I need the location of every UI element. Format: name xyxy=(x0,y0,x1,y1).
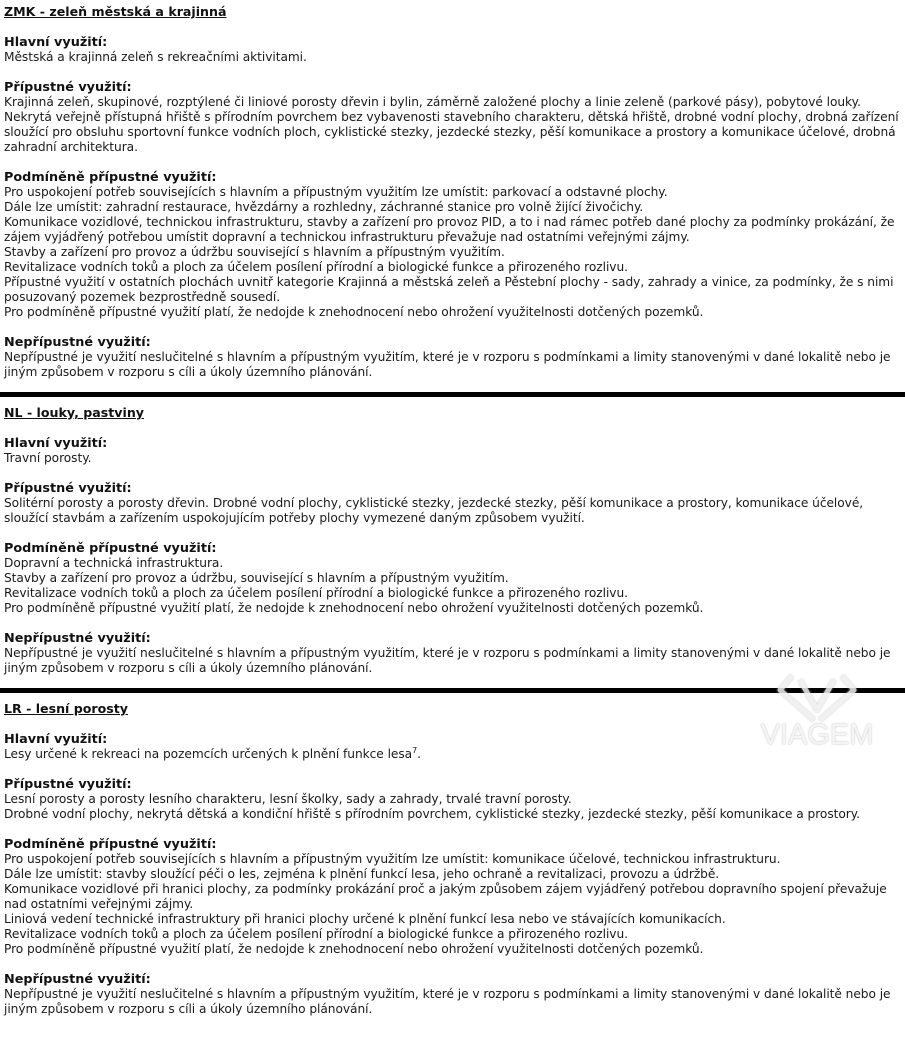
section-heading: Hlavní využití: xyxy=(4,35,904,50)
text-content: Stavby a zařízení pro provoz a údržbu, s… xyxy=(4,571,509,585)
text-content: Nepřípustné je využití neslučitelné s hl… xyxy=(4,350,891,379)
section-text: Komunikace vozidlové, technickou infrast… xyxy=(4,215,904,245)
text-content: . xyxy=(417,747,421,761)
zone-title: ZMK - zeleň městská a krajinná xyxy=(4,4,904,19)
usage-section: Hlavní využití:Lesy určené k rekreaci na… xyxy=(4,732,904,762)
text-content: Revitalizace vodních toků a ploch za úče… xyxy=(4,260,628,274)
text-content: Travní porosty. xyxy=(4,451,91,465)
usage-section: Nepřípustné využití:Nepřípustné je využi… xyxy=(4,972,904,1017)
section-text: Pro podmíněně přípustné využití platí, ž… xyxy=(4,942,904,957)
section-text: Komunikace vozidlové při hranici plochy,… xyxy=(4,882,904,912)
text-content: Solitérní porosty a porosty dřevin. Drob… xyxy=(4,496,863,525)
text-content: Nekrytá veřejně přístupná hřiště s příro… xyxy=(4,110,899,154)
section-heading: Hlavní využití: xyxy=(4,436,904,451)
section-text: Revitalizace vodních toků a ploch za úče… xyxy=(4,586,904,601)
section-text: Pro uspokojení potřeb souvisejících s hl… xyxy=(4,852,904,867)
section-heading: Podmíněně přípustné využití: xyxy=(4,170,904,185)
usage-section: Podmíněně přípustné využití:Pro uspokoje… xyxy=(4,170,904,320)
text-content: Komunikace vozidlové, technickou infrast… xyxy=(4,215,894,244)
section-text: Stavby a zařízení pro provoz a údržbu, s… xyxy=(4,571,904,586)
usage-section: Nepřípustné využití:Nepřípustné je využi… xyxy=(4,631,904,676)
section-heading: Hlavní využití: xyxy=(4,732,904,747)
section-text: Městská a krajinná zeleň s rekreačními a… xyxy=(4,50,904,65)
usage-section: Podmíněně přípustné využití:Dopravní a t… xyxy=(4,541,904,616)
section-heading: Nepřípustné využití: xyxy=(4,972,904,987)
text-content: Revitalizace vodních toků a ploch za úče… xyxy=(4,586,628,600)
section-text: Přípustné využití v ostatních plochách u… xyxy=(4,275,904,305)
section-heading: Podmíněně přípustné využití: xyxy=(4,837,904,852)
section-text: Solitérní porosty a porosty dřevin. Drob… xyxy=(4,496,904,526)
text-content: Městská a krajinná zeleň s rekreačními a… xyxy=(4,50,307,64)
section-text: Revitalizace vodních toků a ploch za úče… xyxy=(4,927,904,942)
text-content: Dále lze umístit: stavby sloužící péči o… xyxy=(4,867,719,881)
section-text: Revitalizace vodních toků a ploch za úče… xyxy=(4,260,904,275)
section-text: Lesní porosty a porosty lesního charakte… xyxy=(4,792,904,807)
section-heading: Přípustné využití: xyxy=(4,80,904,95)
section-text: Liniová vedení technické infrastruktury … xyxy=(4,912,904,927)
usage-section: Hlavní využití:Městská a krajinná zeleň … xyxy=(4,35,904,65)
section-heading: Nepřípustné využití: xyxy=(4,631,904,646)
text-content: Nepřípustné je využití neslučitelné s hl… xyxy=(4,987,891,1016)
zone-block: LR - lesní porostyHlavní využití:Lesy ur… xyxy=(4,701,904,1017)
zone-separator xyxy=(0,392,905,397)
section-heading: Nepřípustné využití: xyxy=(4,335,904,350)
section-text: Pro uspokojení potřeb souvisejících s hl… xyxy=(4,185,904,200)
zone-block: NL - louky, pastvinyHlavní využití:Travn… xyxy=(4,405,904,676)
text-content: Lesní porosty a porosty lesního charakte… xyxy=(4,792,572,806)
text-content: Pro podmíněně přípustné využití platí, ž… xyxy=(4,942,703,956)
zone-block: ZMK - zeleň městská a krajinnáHlavní vyu… xyxy=(4,4,904,380)
text-content: Krajinná zeleň, skupinové, rozptýlené či… xyxy=(4,95,861,109)
text-content: Komunikace vozidlové při hranici plochy,… xyxy=(4,882,887,911)
document: ZMK - zeleň městská a krajinnáHlavní vyu… xyxy=(0,0,904,1017)
section-text: Drobné vodní plochy, nekrytá dětská a ko… xyxy=(4,807,904,822)
section-text: Nekrytá veřejně přístupná hřiště s příro… xyxy=(4,110,904,155)
section-text: Dále lze umístit: stavby sloužící péči o… xyxy=(4,867,904,882)
usage-section: Přípustné využití:Lesní porosty a porost… xyxy=(4,777,904,822)
section-text: Dopravní a technická infrastruktura. xyxy=(4,556,904,571)
section-text: Krajinná zeleň, skupinové, rozptýlené či… xyxy=(4,95,904,110)
section-text: Stavby a zařízení pro provoz a údržbu so… xyxy=(4,245,904,260)
usage-section: Přípustné využití:Solitérní porosty a po… xyxy=(4,481,904,526)
usage-section: Hlavní využití:Travní porosty. xyxy=(4,436,904,466)
section-text: Pro podmíněně přípustné využití platí, ž… xyxy=(4,305,904,320)
text-content: Pro uspokojení potřeb souvisejících s hl… xyxy=(4,185,668,199)
text-content: Dopravní a technická infrastruktura. xyxy=(4,556,223,570)
text-content: Revitalizace vodních toků a ploch za úče… xyxy=(4,927,628,941)
usage-section: Podmíněně přípustné využití:Pro uspokoje… xyxy=(4,837,904,957)
text-content: Lesy určené k rekreaci na pozemcích urče… xyxy=(4,747,412,761)
usage-section: Přípustné využití:Krajinná zeleň, skupin… xyxy=(4,80,904,155)
zone-separator xyxy=(0,688,905,693)
zone-title: LR - lesní porosty xyxy=(4,701,904,716)
section-text: Nepřípustné je využití neslučitelné s hl… xyxy=(4,987,904,1017)
section-text: Nepřípustné je využití neslučitelné s hl… xyxy=(4,646,904,676)
section-text: Dále lze umístit: zahradní restaurace, h… xyxy=(4,200,904,215)
text-content: Drobné vodní plochy, nekrytá dětská a ko… xyxy=(4,807,860,821)
text-content: Pro podmíněně přípustné využití platí, ž… xyxy=(4,601,703,615)
section-heading: Podmíněně přípustné využití: xyxy=(4,541,904,556)
section-heading: Přípustné využití: xyxy=(4,481,904,496)
section-text: Travní porosty. xyxy=(4,451,904,466)
section-text: Pro podmíněně přípustné využití platí, ž… xyxy=(4,601,904,616)
text-content: Dále lze umístit: zahradní restaurace, h… xyxy=(4,200,643,214)
usage-section: Nepřípustné využití:Nepřípustné je využi… xyxy=(4,335,904,380)
zone-title: NL - louky, pastviny xyxy=(4,405,904,420)
section-text: Lesy určené k rekreaci na pozemcích urče… xyxy=(4,747,904,762)
text-content: Stavby a zařízení pro provoz a údržbu so… xyxy=(4,245,505,259)
text-content: Pro podmíněně přípustné využití platí, ž… xyxy=(4,305,703,319)
section-text: Nepřípustné je využití neslučitelné s hl… xyxy=(4,350,904,380)
text-content: Přípustné využití v ostatních plochách u… xyxy=(4,275,893,304)
text-content: Liniová vedení technické infrastruktury … xyxy=(4,912,726,926)
section-heading: Přípustné využití: xyxy=(4,777,904,792)
text-content: Pro uspokojení potřeb souvisejících s hl… xyxy=(4,852,780,866)
text-content: Nepřípustné je využití neslučitelné s hl… xyxy=(4,646,891,675)
